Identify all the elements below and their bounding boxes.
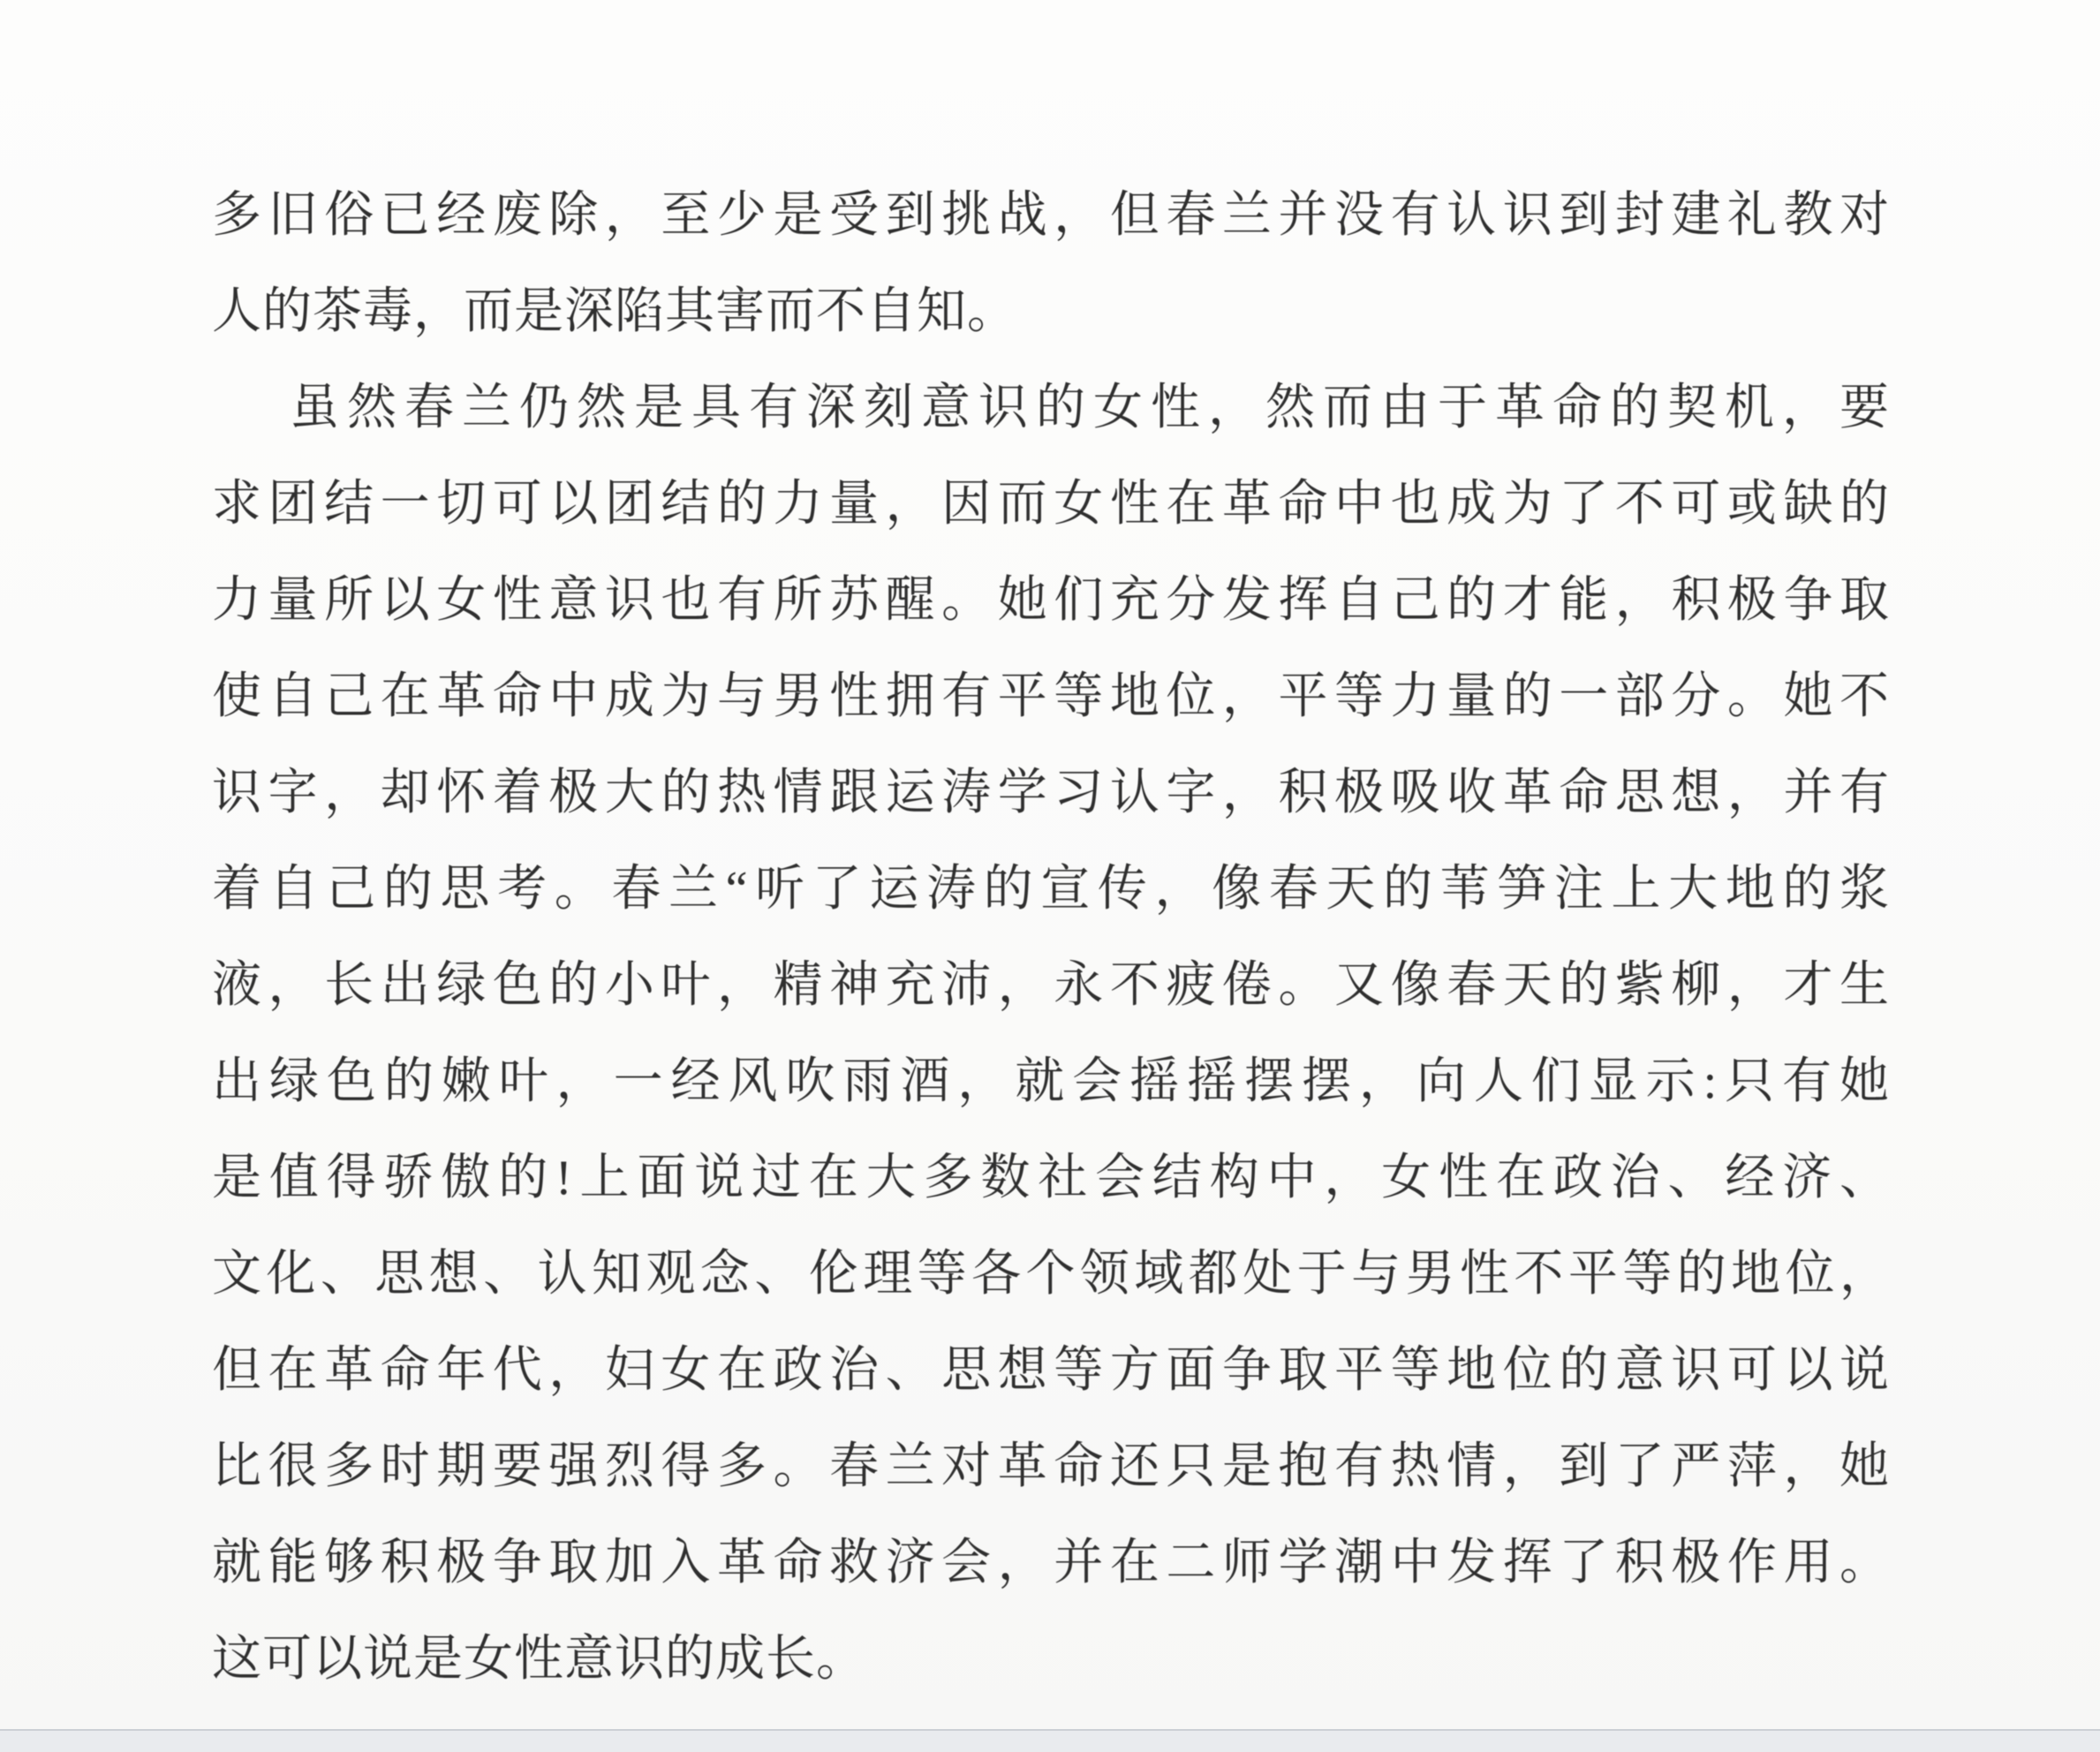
text-line: 识字，却怀着极大的热情跟运涛学习认字，积极吸收革命思想，并有 xyxy=(212,745,1890,842)
text-line: 着自己的思考。春兰“听了运涛的宣传，像春天的苇笋注上大地的浆 xyxy=(212,842,1890,938)
text-line: 文化、思想、认知观念、伦理等各个领域都处于与男性不平等的地位， xyxy=(212,1227,1890,1323)
text-line: 人的茶毒，而是深陷其害而不自知。 xyxy=(212,264,1890,360)
text-line: 这可以说是女性意识的成长。 xyxy=(212,1612,1890,1708)
text-line: 液，长出绿色的小叶，精神充沛，永不疲倦。又像春天的紫柳，才生 xyxy=(212,938,1890,1034)
text-line: 求团结一切可以团结的力量，因而女性在革命中也成为了不可或缺的 xyxy=(212,457,1890,553)
text-line: 多旧俗已经废除，至少是受到挑战，但春兰并没有认识到封建礼教对 xyxy=(212,168,1890,264)
text-line: 使自己在革命中成为与男性拥有平等地位，平等力量的一部分。她不 xyxy=(212,649,1890,745)
text-line: 虽然春兰仍然是具有深刻意识的女性，然而由于革命的契机，要 xyxy=(212,360,1890,457)
text-line: 出绿色的嫩叶，一经风吹雨酒，就会摇摇摆摆，向人们显示:只有她 xyxy=(212,1034,1890,1130)
bottom-bar xyxy=(0,1729,2100,1752)
text-line: 比很多时期要强烈得多。春兰对革命还只是抱有热情，到了严萍，她 xyxy=(212,1419,1890,1515)
text-line: 是值得骄傲的!上面说过在大多数社会结构中，女性在政治、经济、 xyxy=(212,1130,1890,1227)
text-line: 但在革命年代，妇女在政治、思想等方面争取平等地位的意识可以说 xyxy=(212,1323,1890,1419)
document-page: 多旧俗已经废除，至少是受到挑战，但春兰并没有认识到封建礼教对人的茶毒，而是深陷其… xyxy=(0,0,2100,1752)
text-line: 力量所以女性意识也有所苏醒。她们充分发挥自己的才能，积极争取 xyxy=(212,553,1890,649)
document-text: 多旧俗已经废除，至少是受到挑战，但春兰并没有认识到封建礼教对人的茶毒，而是深陷其… xyxy=(212,168,1890,1708)
text-line: 就能够积极争取加入革命救济会，并在二师学潮中发挥了积极作用。 xyxy=(212,1515,1890,1612)
